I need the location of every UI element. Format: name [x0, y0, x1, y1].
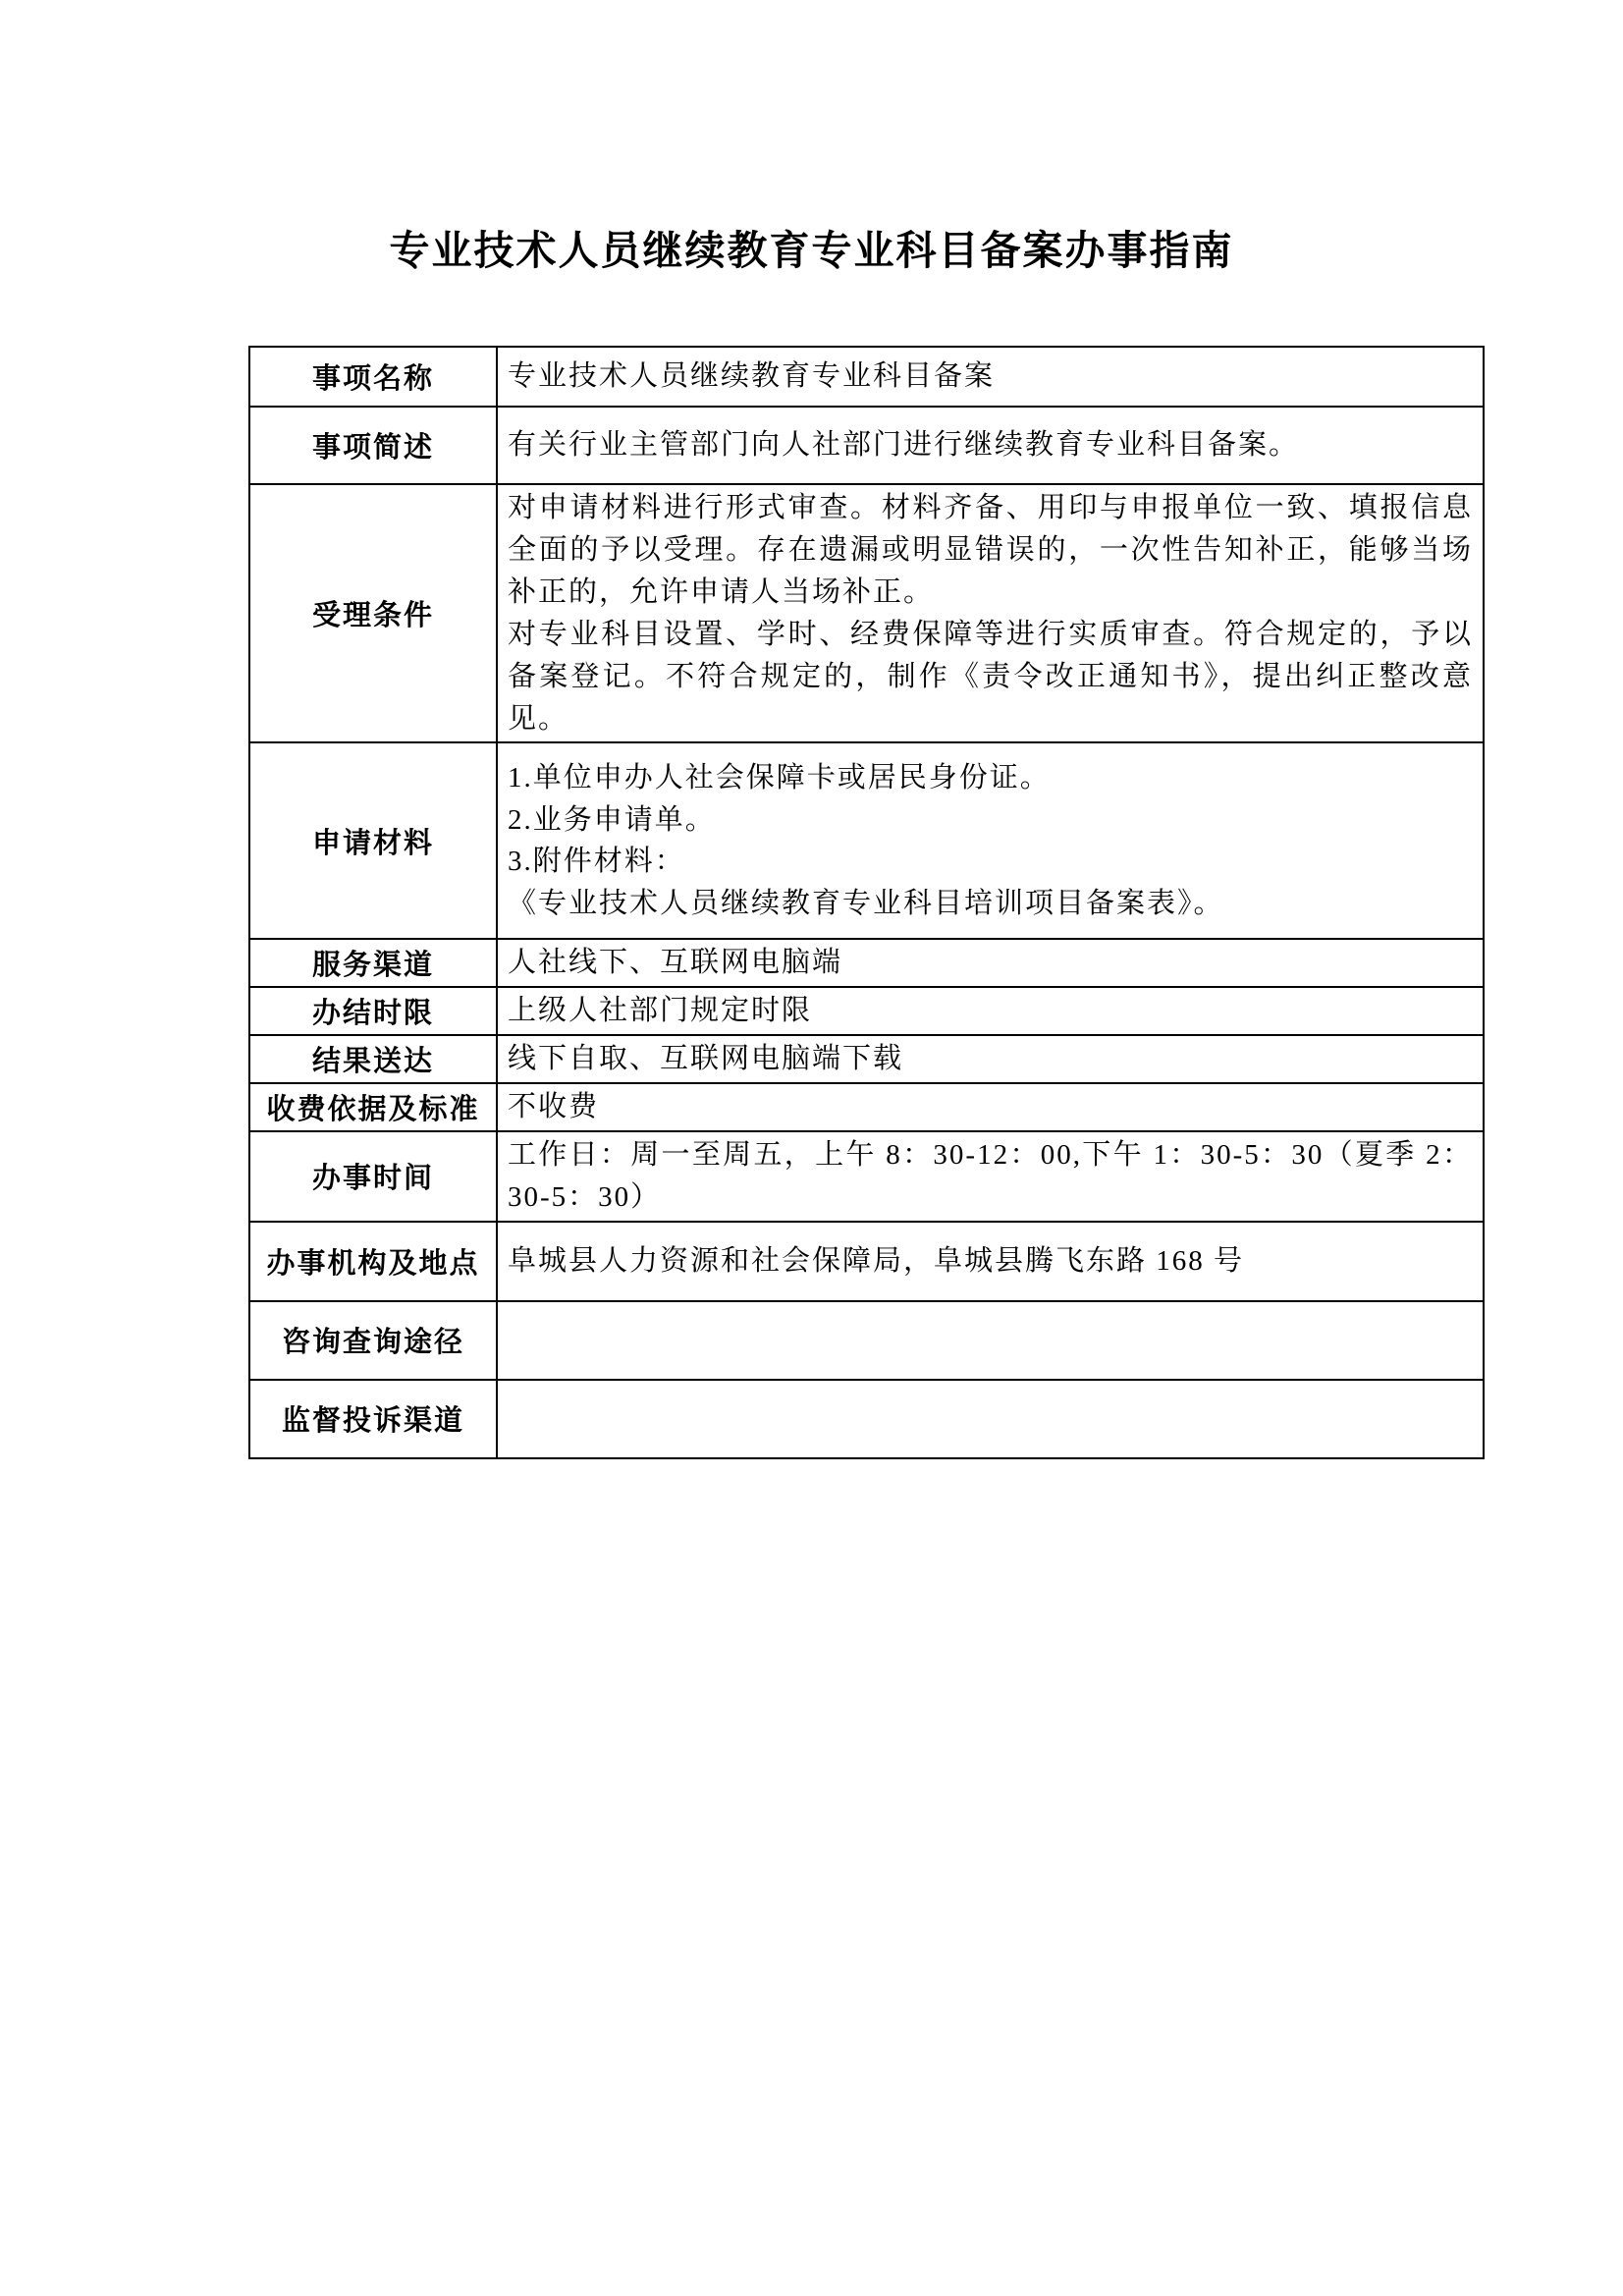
row-value-result-delivery: 线下自取、互联网电脑端下载: [497, 1035, 1484, 1083]
row-label-service-channels: 服务渠道: [249, 939, 497, 987]
row-value-inquiry-channels: [497, 1301, 1484, 1380]
row-label-completion-time-limit: 办结时限: [249, 987, 497, 1035]
row-label-service-hours: 办事时间: [249, 1131, 497, 1222]
row-value-item-summary: 有关行业主管部门向人社部门进行继续教育专业科目备案。: [497, 407, 1484, 484]
table-row: 收费依据及标准 不收费: [249, 1083, 1484, 1131]
row-value-service-channels: 人社线下、互联网电脑端: [497, 939, 1484, 987]
document-page: 专业技术人员继续教育专业科目备案办事指南 事项名称 专业技术人员继续教育专业科目…: [0, 0, 1623, 2296]
row-value-service-hours: 工作日：周一至周五，上午 8：30-12：00,下午 1：30-5：30（夏季 …: [497, 1131, 1484, 1222]
row-value-agency-and-location: 阜城县人力资源和社会保障局，阜城县腾飞东路 168 号: [497, 1222, 1484, 1301]
table-row: 事项简述 有关行业主管部门向人社部门进行继续教育专业科目备案。: [249, 407, 1484, 484]
table-row: 咨询查询途径: [249, 1301, 1484, 1380]
row-label-application-materials: 申请材料: [249, 742, 497, 939]
service-guide-table: 事项名称 专业技术人员继续教育专业科目备案 事项简述 有关行业主管部门向人社部门…: [248, 346, 1485, 1459]
row-value-supervision-complaint-channels: [497, 1380, 1484, 1458]
row-value-completion-time-limit: 上级人社部门规定时限: [497, 987, 1484, 1035]
table-row: 结果送达 线下自取、互联网电脑端下载: [249, 1035, 1484, 1083]
table-row: 事项名称 专业技术人员继续教育专业科目备案: [249, 347, 1484, 407]
table-row: 服务渠道 人社线下、互联网电脑端: [249, 939, 1484, 987]
row-label-agency-and-location: 办事机构及地点: [249, 1222, 497, 1301]
row-label-item-summary: 事项简述: [249, 407, 497, 484]
table-row: 申请材料 1.单位申办人社会保障卡或居民身份证。 2.业务申请单。 3.附件材料…: [249, 742, 1484, 939]
row-label-fee-basis-standard: 收费依据及标准: [249, 1083, 497, 1131]
row-value-item-name: 专业技术人员继续教育专业科目备案: [497, 347, 1484, 407]
table-row: 办事机构及地点 阜城县人力资源和社会保障局，阜城县腾飞东路 168 号: [249, 1222, 1484, 1301]
row-label-result-delivery: 结果送达: [249, 1035, 497, 1083]
row-value-acceptance-conditions: 对申请材料进行形式审查。材料齐备、用印与申报单位一致、填报信息全面的予以受理。存…: [497, 484, 1484, 742]
row-label-acceptance-conditions: 受理条件: [249, 484, 497, 742]
table-row: 受理条件 对申请材料进行形式审查。材料齐备、用印与申报单位一致、填报信息全面的予…: [249, 484, 1484, 742]
row-label-inquiry-channels: 咨询查询途径: [249, 1301, 497, 1380]
table-row: 办结时限 上级人社部门规定时限: [249, 987, 1484, 1035]
table-row: 监督投诉渠道: [249, 1380, 1484, 1458]
row-label-supervision-complaint-channels: 监督投诉渠道: [249, 1380, 497, 1458]
row-value-application-materials: 1.单位申办人社会保障卡或居民身份证。 2.业务申请单。 3.附件材料： 《专业…: [497, 742, 1484, 939]
row-label-item-name: 事项名称: [249, 347, 497, 407]
row-value-fee-basis-standard: 不收费: [497, 1083, 1484, 1131]
table-row: 办事时间 工作日：周一至周五，上午 8：30-12：00,下午 1：30-5：3…: [249, 1131, 1484, 1222]
page-title: 专业技术人员继续教育专业科目备案办事指南: [0, 218, 1623, 276]
